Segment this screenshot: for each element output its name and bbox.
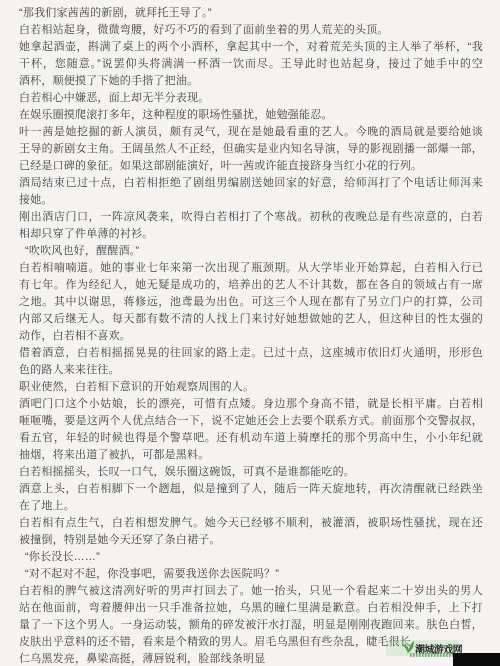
text-line: 相却只穿了件单薄的衬衫。 bbox=[19, 226, 483, 243]
text-line: 借着酒意，白若相摇摇晃晃的往回家的路上走。已过十点，这座城市依旧灯火通明，形形色 bbox=[19, 345, 483, 362]
text-line: 酒局结束已过十点，白若相拒绝了剧组男编剧送她回家的好意，给师洱打了个电话让师洱来 bbox=[19, 175, 483, 192]
text-line: 白若相的脾气被这清冽好听的男声打回去了。她一抬头，只见一个看起来二十岁出头的男人 bbox=[19, 583, 483, 600]
text-line: 看五官，年轻的时候也得是个警草吧。还有机动车道上骑摩托的那个男高中生，小小年纪就 bbox=[19, 430, 483, 447]
text-line: 白若相心中嫌恶，面上却无半分表现。 bbox=[19, 90, 483, 107]
text-line: 酒杯，顺便摸了下她的手揩了把油。 bbox=[19, 73, 483, 90]
text-line: 叶一茜是她挖掘的新人演员，颇有灵气，现在是她最看重的艺人。今晚的酒局就是要给她谈 bbox=[19, 124, 483, 141]
text-line: “你长没长……” bbox=[19, 549, 483, 566]
text-line: 白若相摇摇头，长叹一口气，娱乐圈这碗饭，可真不是谁都能吃的。 bbox=[19, 464, 483, 481]
text-line: 她拿起酒壶，斟满了桌上的两个小酒杯，拿起其中一个，对着荒芜头顶的主人举了举杯，“… bbox=[19, 39, 483, 56]
text-line: 内部又后继无人。每天都有数不清的人找上门来讨好她想做她的艺人，但这种目的性太强的 bbox=[19, 311, 483, 328]
text-line: 干杯，您随意。”说罢仰头将满满一杯酒一饮而尽。王导此时也站起身，接过了她手中的空 bbox=[19, 56, 483, 73]
text-line: 酒吧门口这个小姑娘，长的漂亮，可惜有点矮。身边那个身高不错，就是长相平庸。白若相 bbox=[19, 396, 483, 413]
text-line: 色的路人来来往往。 bbox=[19, 362, 483, 379]
text-line: 已经是口碑的象征。如果这部剧能演好，叶一茜或许能直接跻身当红小花的行列。 bbox=[19, 158, 483, 175]
text-line: 王导的新剧女主角。王阔虽然人不正经，但确实是业内知名导演，导的影视剧播一部爆一部… bbox=[19, 141, 483, 158]
text-line: 酒意上头，白若相脚下一个趔趄，似是撞到了人，随后一阵天旋地转，再次清醒就已经跌坐 bbox=[19, 481, 483, 498]
text-line: 白若相喃喃道。她的事业七年来第一次出现了瓶颈期。从大学毕业开始算起，白若相入行已 bbox=[19, 260, 483, 277]
text-line: 白若相有点生气，白若相想发脾气。她今天已经够不顺利，被灌酒，被职场性骚扰，现在还 bbox=[19, 515, 483, 532]
text-line: 白若相站起身，微微弯腰，好巧不巧的看到了面前坐着的男人荒芜的头顶。 bbox=[19, 22, 483, 39]
watermark-subtext bbox=[410, 653, 456, 657]
text-line: 量了一下这个男人。一身运动装，额角的碎发被汗水打湿，明显是刚刚夜跑回来。肤色白皙… bbox=[19, 617, 483, 634]
text-line: “吹吹风也好，醒醒酒。” bbox=[19, 243, 483, 260]
novel-text-page: “那我们家茜茜的新剧，就拜托王导了。”白若相站起身，微微弯腰，好巧不巧的看到了面… bbox=[0, 0, 500, 666]
site-watermark: 潮城游戏网 bbox=[386, 638, 462, 660]
text-body: “那我们家茜茜的新剧，就拜托王导了。”白若相站起身，微微弯腰，好巧不巧的看到了面… bbox=[19, 5, 483, 666]
text-line: 咂咂嘴，要是这两个人优点结合一下，说不定她还会上去要个联系方式。前面那个交警叔叔… bbox=[19, 413, 483, 430]
text-line: 被撞倒，特别是她今天还穿了条白裙子。 bbox=[19, 532, 483, 549]
text-line: “那我们家茜茜的新剧，就拜托王导了。” bbox=[19, 5, 483, 22]
text-line: “对不起对不起，你没事吧，需要我送你去医院吗？” bbox=[19, 566, 483, 583]
text-line: 之地。其中以谢思，蒋修远，池鸢最为出色。可这三个人现在都有了另立门户的打算，公司 bbox=[19, 294, 483, 311]
text-line: 动作，白若相不喜欢。 bbox=[19, 328, 483, 345]
text-line: 职业使然，白若相下意识的开始观察周围的人。 bbox=[19, 379, 483, 396]
text-line: 站在他面前，弯着腰伸出一只手准备拉她，乌黑的瞳仁里满是歉意。白若相没伸手，上下打 bbox=[19, 600, 483, 617]
text-line: 抽烟，将来出道了被扒，可都是黑料。 bbox=[19, 447, 483, 464]
text-line: 有七年。作为经纪人，她无疑是成功的，培养出的艺人不计其数，都在各自的领域占有一席 bbox=[19, 277, 483, 294]
text-line: 在了地上。 bbox=[19, 498, 483, 515]
corner-black-box bbox=[453, 653, 500, 666]
text-line: 刚出酒店门口，一阵凉风袭来，吹得白若相打了个寒战。初秋的夜晚总是有些凉意的，白若 bbox=[19, 209, 483, 226]
text-line: 接她。 bbox=[19, 192, 483, 209]
text-line: 在娱乐圈摸爬滚打多年，这种程度的职场性骚扰，她勉强能忍。 bbox=[19, 107, 483, 124]
